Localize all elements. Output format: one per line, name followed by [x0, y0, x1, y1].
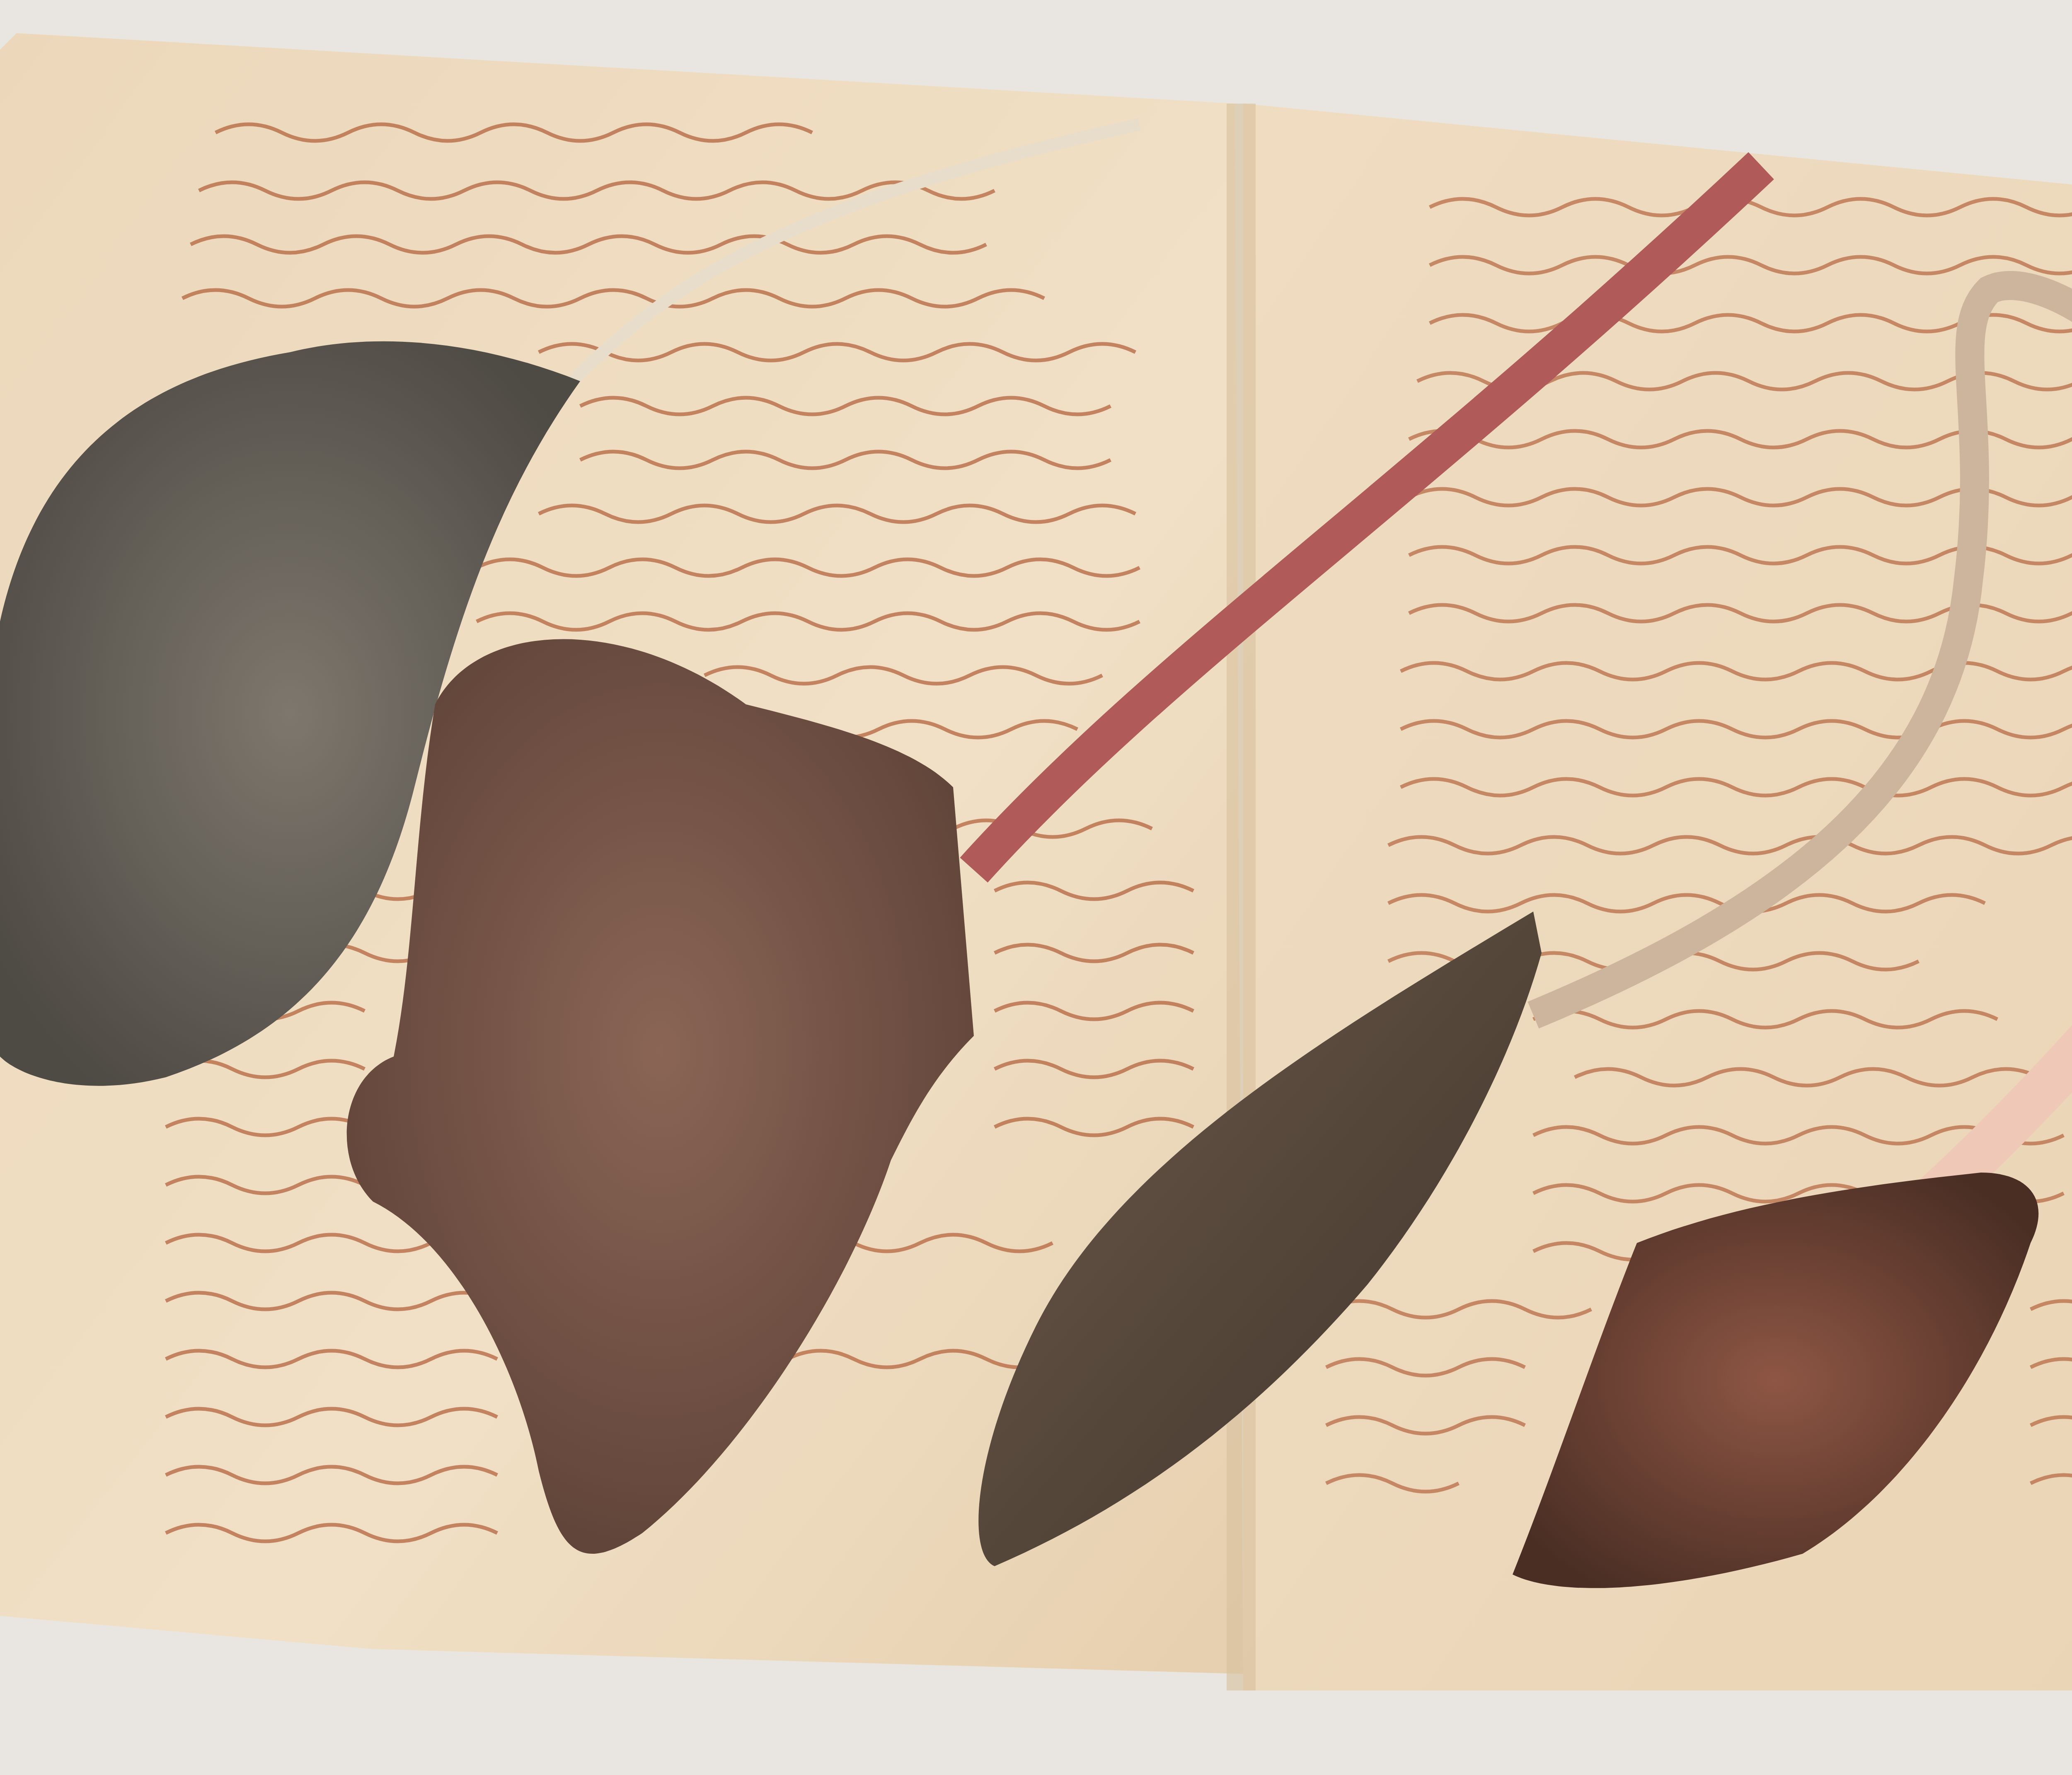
photo-scene: Manuscript with carved wooden wings: [0, 0, 2072, 1775]
manuscript-photo: [0, 0, 2072, 1775]
book-gutter: [1227, 104, 1256, 1690]
